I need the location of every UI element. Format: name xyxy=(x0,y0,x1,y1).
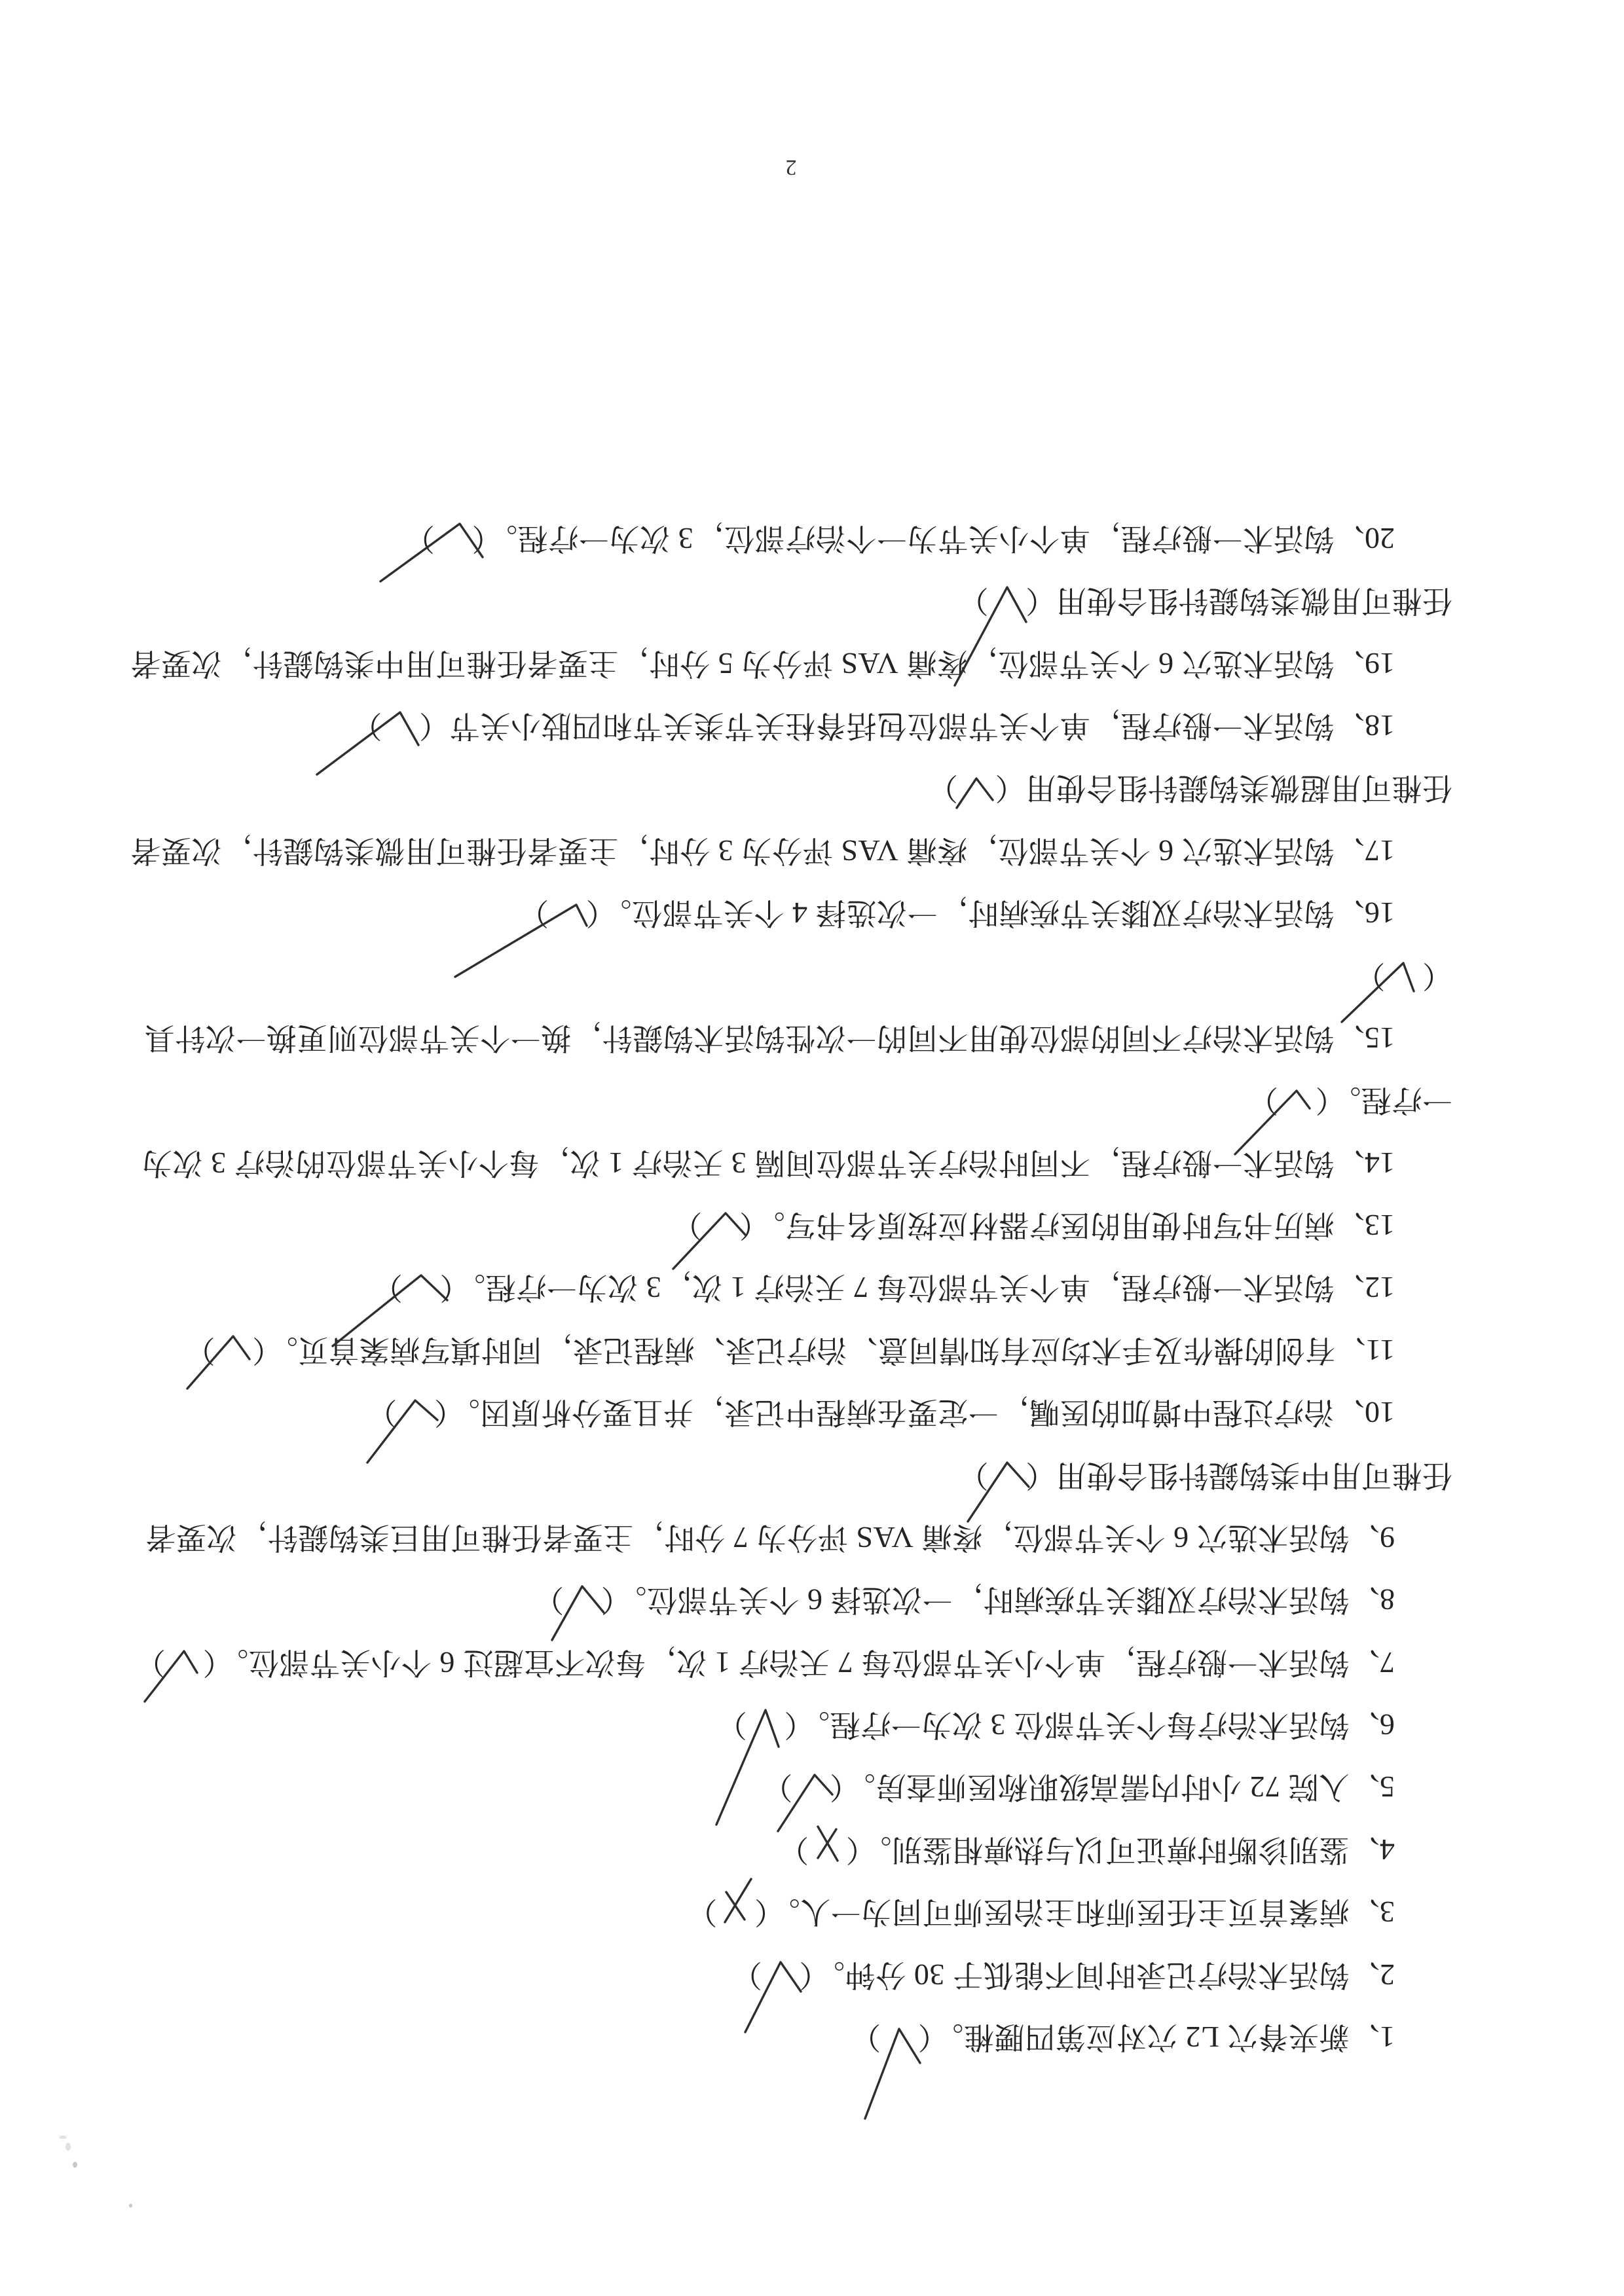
question-number: 12 xyxy=(1365,1271,1395,1305)
check-stroke-icon xyxy=(780,1961,781,1962)
check-mark-icon xyxy=(397,1394,434,1425)
answer-blank: （） xyxy=(779,1833,861,1867)
question-text: 治疗过程中增加的医嘱，一定要在病程中记录，并且要分析原因。 xyxy=(449,1396,1334,1429)
question-9: 9、钩活术选穴 6 个关节部位，疼痛 VAS 评分为 7 分时，主要者任椎可用巨… xyxy=(0,1506,1624,1569)
question-text: 鉴别诊断时痹证可以与热痹相鉴别。 xyxy=(861,1833,1350,1867)
answer-blank: （） xyxy=(372,1271,454,1305)
paren-close: ） xyxy=(135,1646,166,1679)
paren-open: （ xyxy=(585,896,601,930)
question-19-continuation: 任椎可用微类钩鍉针组合使用（） xyxy=(0,570,1624,632)
question-text: 钩活术治疗双膝关节疾病时，一次选择 6 个关节部位。 xyxy=(616,1583,1350,1616)
paren-close: ） xyxy=(927,772,958,805)
question-10: 10、治疗过程中增加的医嘱，一定要在病程中记录，并且要分析原因。（） xyxy=(0,1381,1624,1444)
question-text: 钩活术选穴 6 个关节部位，疼痛 VAS 评分为 3 分时，主要者任椎可用微类钩… xyxy=(130,834,1335,867)
paren-close: ） xyxy=(367,1396,397,1429)
check-stroke-icon xyxy=(576,904,576,905)
check-stroke-icon xyxy=(898,2028,899,2029)
question-text: 钩活术选穴 6 个关节部位，疼痛 VAS 评分为 5 分时，主要者任椎可用中类钩… xyxy=(130,647,1335,680)
number-separator: 、 xyxy=(1334,1209,1365,1242)
check-mark-icon xyxy=(702,1207,739,1237)
check-stroke-icon xyxy=(725,1212,726,1213)
check-mark-icon xyxy=(435,520,471,551)
question-number: 3 xyxy=(1380,1895,1395,1929)
question-14-continuation: 一疗程。（） xyxy=(0,1069,1624,1131)
question-text: 钩活术治疗不同的部位使用不同的一次性钩活术钩鍉针，换一个关节部位则更换一次针具 xyxy=(144,1021,1334,1055)
check-mark-icon xyxy=(564,1582,600,1612)
scanned-exam-page: 1、新夹脊穴 L2 穴对应第四腰椎。（） 2、钩活术治疗记录时间不能低于 30 … xyxy=(0,0,1624,2296)
paren-open: （ xyxy=(1315,1084,1331,1117)
check-mark-icon xyxy=(166,1644,202,1674)
question-number: 15 xyxy=(1365,1021,1395,1055)
check-mark-icon xyxy=(549,895,585,925)
number-separator: 、 xyxy=(1349,1895,1380,1929)
paren-close: ） xyxy=(534,1583,564,1616)
question-number: 2 xyxy=(1380,1958,1395,1992)
question-7: 7、钩活术一般疗程，单个小关节部位每 7 天治疗 1 次，每次不宜超过 6 个小… xyxy=(0,1631,1624,1693)
true-false-question-list: 1、新夹脊穴 L2 穴对应第四腰椎。（） 2、钩活术治疗记录时间不能低于 30 … xyxy=(0,507,1624,2068)
check-stroke-icon xyxy=(420,1275,421,1275)
question-17-continuation: 任椎可用超微类钩鍉针组合使用（） xyxy=(0,757,1624,819)
paren-close: ） xyxy=(779,1833,809,1867)
question-number: 10 xyxy=(1365,1396,1395,1429)
question-text: 钩活术一般疗程，单个关节部位每 7 天治疗 1 次，3 次为一疗程。 xyxy=(454,1271,1334,1305)
answer-blank: （） xyxy=(404,522,487,555)
number-separator: 、 xyxy=(1334,522,1365,555)
answer-blank: （） xyxy=(1247,1084,1330,1117)
paren-close: ） xyxy=(716,1708,747,1741)
number-separator: 、 xyxy=(1349,1583,1380,1616)
paren-open: （ xyxy=(739,1209,754,1242)
answer-blank: （） xyxy=(716,1708,799,1741)
number-separator: 、 xyxy=(1335,1334,1366,1367)
paren-close: ） xyxy=(1247,1084,1278,1117)
answer-blank: （） xyxy=(672,1209,754,1242)
paren-open: （ xyxy=(995,772,1025,805)
number-separator: 、 xyxy=(1349,1833,1380,1867)
question-13: 13、病历书写时使用的医疗器材应按原名书写。（） xyxy=(0,1194,1624,1256)
cross-stroke-icon xyxy=(735,1906,735,1906)
question-20: 20、钩活术一般疗程，单个小关节为一个治疗部位，3 次为一疗程。（） xyxy=(0,507,1624,570)
question-6: 6、钩活术治疗每个关节部位 3 次为一疗程。（） xyxy=(0,1694,1624,1756)
paren-close: ） xyxy=(731,1958,762,1992)
question-text: 任椎可用中类钩鍉针组合使用 xyxy=(1056,1459,1452,1492)
check-stroke-icon xyxy=(183,1650,184,1651)
check-mark-icon xyxy=(1278,1082,1315,1112)
scan-speck xyxy=(129,2204,132,2208)
answer-blank: （） xyxy=(958,584,1056,617)
number-separator: 、 xyxy=(1334,1021,1365,1055)
check-mark-icon xyxy=(747,1707,784,1737)
question-16: 16、钩活术治疗双膝关节疾病时，一次选择 4 个关节部位。（） xyxy=(0,882,1624,944)
question-8: 8、钩活术治疗双膝关节疾病时，一次选择 6 个关节部位。（） xyxy=(0,1569,1624,1631)
check-mark-icon xyxy=(762,1956,799,1986)
paren-close: ） xyxy=(404,522,435,555)
check-stroke-icon xyxy=(976,778,976,778)
check-stroke-icon xyxy=(765,1709,766,1710)
paren-open: （ xyxy=(434,1396,449,1429)
question-text: 钩活术治疗记录时间不能低于 30 分钟。 xyxy=(814,1958,1349,1992)
question-text: 任椎可用微类钩鍉针组合使用 xyxy=(1056,584,1452,617)
cross-mark-icon xyxy=(809,1831,845,1861)
number-separator: 、 xyxy=(1349,1521,1380,1554)
check-mark-icon xyxy=(881,2019,917,2049)
question-text: 钩活术选穴 6 个关节部位，疼痛 VAS 评分为 7 分时，主要者任椎可用巨类钩… xyxy=(145,1521,1350,1554)
question-text: 钩活术一般疗程，单个小关节部位每 7 天治疗 1 次，每次不宜超过 6 个小关节… xyxy=(218,1646,1350,1679)
number-separator: 、 xyxy=(1349,1708,1380,1741)
check-stroke-icon xyxy=(1403,962,1403,963)
question-text: 有创的操作及手术均应有知情同意、治疗记录、病程记录，同时填写病案首页。 xyxy=(267,1334,1335,1367)
answer-blank: （） xyxy=(687,1895,769,1929)
paren-open: （ xyxy=(1025,1459,1056,1492)
check-stroke-icon xyxy=(399,712,400,712)
answer-blank: （） xyxy=(519,896,601,930)
question-number: 17 xyxy=(1365,834,1395,867)
question-number: 5 xyxy=(1380,1771,1395,1804)
number-separator: 、 xyxy=(1334,1271,1365,1305)
question-number: 4 xyxy=(1380,1833,1395,1867)
question-text: 一疗程。 xyxy=(1331,1084,1452,1117)
question-number: 8 xyxy=(1380,1583,1395,1616)
question-3: 3、病案首页主任医师和主治医师可同为一人。（） xyxy=(0,1881,1624,1943)
answer-blank: （） xyxy=(352,709,449,742)
paren-open: （ xyxy=(418,709,449,742)
paren-close: ） xyxy=(762,1771,793,1804)
paren-open: （ xyxy=(917,2020,933,2054)
paren-open: （ xyxy=(799,1958,815,1992)
number-separator: 、 xyxy=(1334,709,1365,742)
number-separator: 、 xyxy=(1349,2020,1380,2054)
cross-stroke-icon xyxy=(826,1843,827,1844)
question-number: 1 xyxy=(1380,2020,1395,2054)
number-separator: 、 xyxy=(1334,647,1365,680)
number-separator: 、 xyxy=(1334,1146,1365,1180)
question-14: 14、钩活术一般疗程，不同时治疗关节部位间隔 3 天治疗 1 次，每个小关节部位… xyxy=(0,1131,1624,1194)
check-stroke-icon xyxy=(1006,587,1007,587)
paren-close: ） xyxy=(687,1895,718,1929)
number-separator: 、 xyxy=(1334,834,1365,867)
paren-open: （ xyxy=(251,1334,267,1367)
check-stroke-icon xyxy=(1006,1462,1007,1463)
question-12: 12、钩活术一般疗程，单个关节部位每 7 天治疗 1 次，3 次为一疗程。（） xyxy=(0,1256,1624,1319)
paren-open: （ xyxy=(829,1771,845,1804)
question-text: 钩活术一般疗程，单个小关节为一个治疗部位，3 次为一疗程。 xyxy=(487,522,1334,555)
question-15: 15、钩活术治疗不同的部位使用不同的一次性钩活术钩鍉针，换一个关节部位则更换一次… xyxy=(0,1007,1624,1069)
paren-close: ） xyxy=(958,1459,989,1492)
question-17: 17、钩活术选穴 6 个关节部位，疼痛 VAS 评分为 3 分时，主要者任椎可用… xyxy=(0,820,1624,882)
question-number: 18 xyxy=(1365,709,1395,742)
question-number: 11 xyxy=(1366,1334,1395,1367)
question-4: 4、鉴别诊断时痹证可以与热痹相鉴别。（） xyxy=(0,1819,1624,1881)
check-mark-icon xyxy=(403,1269,439,1300)
paren-close: ） xyxy=(1355,959,1386,993)
check-mark-icon xyxy=(989,583,1025,613)
check-stroke-icon xyxy=(459,523,460,524)
paren-close: ） xyxy=(850,2020,881,2054)
question-5: 5、入院 72 小时内需高级职称医师查房。（） xyxy=(0,1756,1624,1818)
check-mark-icon xyxy=(989,1457,1025,1487)
answer-blank: （） xyxy=(367,1396,449,1429)
paren-open: （ xyxy=(845,1833,861,1867)
question-2: 2、钩活术治疗记录时间不能低于 30 分钟。（） xyxy=(0,1943,1624,2005)
number-separator: 、 xyxy=(1349,1771,1380,1804)
paren-open: （ xyxy=(1422,959,1452,993)
question-11: 11、有创的操作及手术均应有知情同意、治疗记录、病程记录，同时填写病案首页。（） xyxy=(0,1319,1624,1381)
question-15-continuation: （） xyxy=(0,944,1624,1006)
question-number: 19 xyxy=(1365,647,1395,680)
question-number: 14 xyxy=(1365,1146,1395,1180)
answer-blank: （） xyxy=(731,1958,814,1992)
question-text: 钩活术治疗每个关节部位 3 次为一疗程。 xyxy=(799,1708,1349,1741)
answer-blank: （） xyxy=(1355,959,1452,993)
question-number: 16 xyxy=(1365,896,1395,930)
question-number: 13 xyxy=(1365,1209,1395,1242)
paren-open: （ xyxy=(1025,584,1056,617)
paren-close: ） xyxy=(958,584,989,617)
answer-blank: （） xyxy=(762,1771,845,1804)
question-1: 1、新夹脊穴 L2 穴对应第四腰椎。（） xyxy=(0,2006,1624,2068)
scan-speck xyxy=(59,2136,67,2139)
question-number: 7 xyxy=(1380,1646,1395,1679)
answer-blank: （） xyxy=(185,1334,267,1367)
answer-blank: （） xyxy=(850,2020,932,2054)
number-separator: 、 xyxy=(1334,1396,1365,1429)
paren-open: （ xyxy=(784,1708,800,1741)
question-text: 钩活术一般疗程，单个关节部位包括脊柱关节类关节和四肢小关节 xyxy=(449,709,1334,742)
question-text: 钩活术治疗双膝关节疾病时，一次选择 4 个关节部位。 xyxy=(601,896,1335,930)
question-text: 钩活术一般疗程，不同时治疗关节部位间隔 3 天治疗 1 次，每个小关节部位的治疗… xyxy=(141,1146,1334,1180)
check-mark-icon xyxy=(792,1769,829,1799)
check-mark-icon xyxy=(382,708,418,738)
question-text: 入院 72 小时内需高级职称医师查房。 xyxy=(845,1771,1349,1804)
check-mark-icon xyxy=(958,770,995,800)
question-number: 9 xyxy=(1380,1521,1395,1554)
answer-blank: （） xyxy=(958,1459,1056,1492)
cross-mark-icon xyxy=(717,1894,754,1924)
page-number: 2 xyxy=(765,153,817,181)
check-stroke-icon xyxy=(415,1400,415,1400)
question-text: 新夹脊穴 L2 穴对应第四腰椎。 xyxy=(933,2020,1350,2054)
number-separator: 、 xyxy=(1349,1958,1380,1992)
question-9-continuation: 任椎可用中类钩鍉针组合使用（） xyxy=(0,1444,1624,1506)
question-text: 病历书写时使用的医疗器材应按原名书写。 xyxy=(754,1209,1334,1242)
number-separator: 、 xyxy=(1334,896,1365,930)
question-number: 20 xyxy=(1365,522,1395,555)
question-number: 6 xyxy=(1380,1708,1395,1741)
answer-blank: （） xyxy=(927,772,1025,805)
answer-blank: （） xyxy=(135,1646,217,1679)
paren-open: （ xyxy=(202,1646,218,1679)
number-separator: 、 xyxy=(1349,1646,1380,1679)
check-stroke-icon xyxy=(814,1774,815,1775)
check-mark-icon xyxy=(215,1332,251,1362)
question-19: 19、钩活术选穴 6 个关节部位，疼痛 VAS 评分为 5 分时，主要者任椎可用… xyxy=(0,632,1624,694)
scan-speck xyxy=(73,2162,77,2168)
check-stroke-icon xyxy=(232,1336,233,1336)
paren-open: （ xyxy=(754,1895,769,1929)
question-18: 18、钩活术一般疗程，单个关节部位包括脊柱关节类关节和四肢小关节（） xyxy=(0,695,1624,757)
question-text: 任椎可用超微类钩鍉针组合使用 xyxy=(1025,772,1452,805)
question-text: 病案首页主任医师和主治医师可同为一人。 xyxy=(769,1895,1349,1929)
paren-close: ） xyxy=(672,1209,703,1242)
answer-blank: （） xyxy=(534,1583,616,1616)
check-stroke-icon xyxy=(581,1586,582,1586)
scan-speck xyxy=(65,2143,71,2151)
paren-close: ） xyxy=(372,1271,403,1305)
check-stroke-icon xyxy=(1296,1090,1297,1091)
check-mark-icon xyxy=(1385,957,1422,987)
